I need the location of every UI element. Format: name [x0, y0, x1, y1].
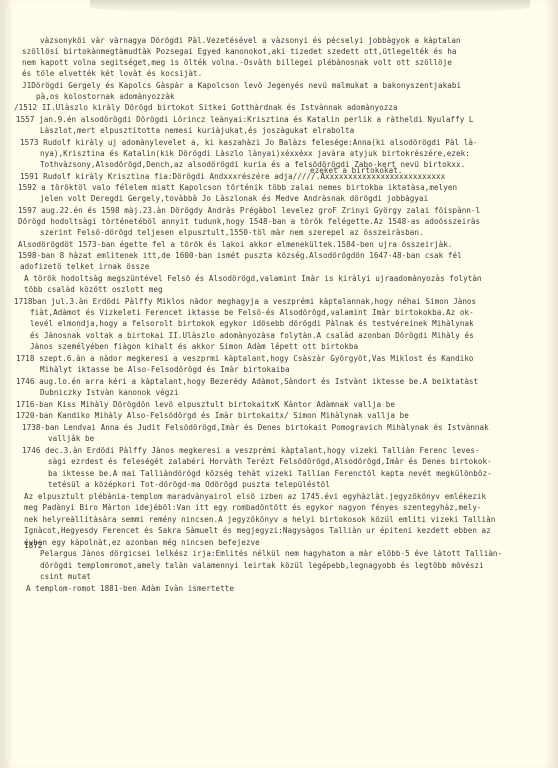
- text-line: 1718ban jul.3.àn Erdödi Pàlffy Miklos nà…: [14, 297, 476, 306]
- scan-edge-left: [0, 0, 14, 768]
- text-line: vàzsonyköi vàr vàrnagya Dörögdi Pàl.Veze…: [40, 36, 461, 45]
- text-line: több csalàd között oszlott meg: [24, 285, 163, 294]
- text-line: Jànos személyében fiàgon kihalt és akkor…: [30, 342, 358, 351]
- document-page: vàzsonyköi vàr vàrnagya Dörögdi Pàl.Veze…: [0, 0, 558, 768]
- text-line: adofizetö telket irnak össze: [20, 262, 149, 271]
- text-line: fiàt,Adàmot és Vizkeleti Ferencet iktass…: [30, 308, 474, 317]
- text-line: évben egy kàpolnàt,ez azonban még nincse…: [24, 538, 260, 547]
- text-line: Ignàcot,Hegyesdy Ferencet és Sakra Sàmue…: [24, 526, 491, 535]
- text-line: tetésül a középkori Tot-dörögd-ma Odörög…: [48, 480, 330, 489]
- scan-shadow-top: [90, 0, 530, 14]
- margin-year-note: 1872: [24, 541, 43, 550]
- text-line: 1591 Rudolf kiràly Krisztina fia:Dörögdi…: [20, 172, 445, 181]
- text-line: pà,os kolostornak adomànyozzàk: [36, 92, 175, 101]
- text-line: J1Dörögdi Gergely és Kapolcs Gàspàr a Ka…: [22, 81, 461, 90]
- scan-edge-right: [546, 0, 558, 768]
- text-line: Az elpusztult plébània-templom maradvàny…: [24, 492, 486, 501]
- text-line: nek helyreàllitàsàra semmi remény nincse…: [24, 515, 495, 524]
- text-line: 1592 a töröktöl valo félelem miatt Kapol…: [18, 183, 457, 192]
- text-line: Dörögd hodoltsàgi történetéböl annyit tu…: [18, 217, 480, 226]
- text-line: 1746 aug.lo.én arra kéri a kàptalant,hog…: [16, 377, 478, 386]
- text-line: 1573 Rudolf kiràly uj adomànylevelet a, …: [20, 138, 478, 147]
- text-line: A török hodoltsàg megszüntével Felsö és …: [24, 274, 482, 283]
- text-line: szerint Felsö-dörögd teljesen elpusztult…: [40, 228, 424, 237]
- text-line: 1557 jan.9.én alsodörögdi Dörögdi Lörinc…: [16, 115, 474, 124]
- text-line: Mihàlyt iktasse be Also-Felsodörögd és I…: [40, 365, 290, 374]
- text-line: 1746 dec.3.àn Erdödi Pàlffy Jànos megker…: [22, 446, 480, 455]
- text-line: 1718 szept.6.àn a nàdor megkeresi a vesz…: [16, 354, 474, 363]
- text-line: és töle elvették két lovàt és kocsijàt.: [22, 69, 202, 78]
- text-line: A templom-romot 1881-ben Adàm Ivàn ismer…: [26, 584, 234, 593]
- text-line: nya),Krisztina és Katalin(kik Dörögdi Là…: [40, 149, 470, 158]
- text-line: 1720-ban Kandiko Mihàly Also-Felsödörgd …: [16, 411, 409, 420]
- text-line: 1738-ban Lendvai Anna és Judit Felsödörö…: [22, 423, 489, 432]
- text-line: levél elmondja,hogy a felsorolt birtokok…: [30, 319, 474, 328]
- text-line: 1716-ban Kiss Mihàly Dörögdön levö elpus…: [16, 400, 395, 409]
- text-line: 1597 aug.22.én és 1598 màj.23.àn Dörögdy…: [18, 206, 480, 215]
- text-line: csint mutat: [40, 572, 91, 581]
- text-line: nem kapott volna segitséget,meg is ölték…: [22, 58, 452, 67]
- text-line: és Jànosnak voltak a birtokai II.Ulàszlo…: [30, 331, 474, 340]
- text-line: vallják be: [48, 434, 94, 443]
- text-line: Pelargus Jànos dörgicsei lelkész irja:Em…: [40, 549, 502, 558]
- text-line: sàgi ezrdest és feleségét zalabéri Horvà…: [48, 457, 492, 466]
- text-line: meg Padànyi Biro Màrton idejéböl:Van itt…: [24, 503, 482, 512]
- text-line: Làszlot,mert elpusztitotta nemesi kuriàj…: [40, 126, 354, 135]
- text-line: dörögdi templomromot,amely talàn valamen…: [40, 561, 484, 570]
- text-line: Alsodörögdöt 1573-ban égette fel a török…: [18, 240, 452, 249]
- text-line: /1512 II.Ulàszlo kiràly Dörögd birtokot …: [14, 103, 398, 112]
- text-line: 1598-ban 8 hàzat emlitenek itt,de 1600-b…: [18, 251, 462, 260]
- text-line: szöllösi birtokànmegtàmudtàk Pozsegai Eg…: [22, 47, 456, 56]
- text-line: ba iktesse be.A mai Talliàndörögd község…: [48, 469, 492, 478]
- text-line: Dubniczky Istvàn kanonok végzi: [40, 388, 179, 397]
- text-line: jelen volt Deregdi Gergely,tovàbbà Jo Là…: [40, 194, 428, 203]
